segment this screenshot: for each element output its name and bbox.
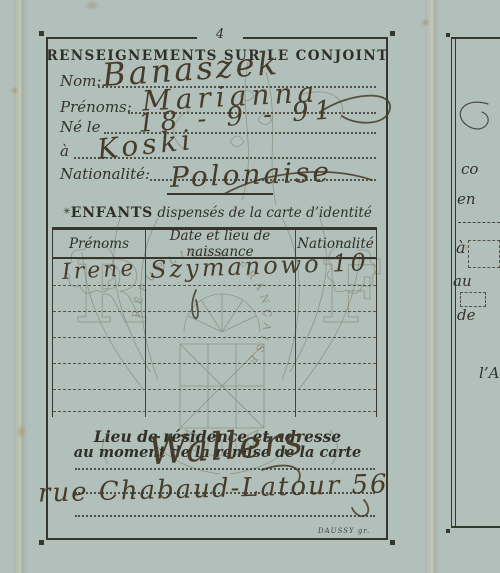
paper-stain <box>84 0 100 11</box>
scanned-document: { "document": { "page_number": "4", "tit… <box>0 0 500 573</box>
children-section-heading: ✳ENFANTS dispensés de la carte d’identit… <box>46 202 389 221</box>
table-row-line <box>53 285 376 286</box>
table-row-line <box>53 363 376 364</box>
heading-ornament-icon: ✳ <box>63 207 71 217</box>
frame-corner-mark <box>39 540 44 545</box>
fold-crease-right <box>425 0 440 573</box>
frame-corner-mark <box>390 540 395 545</box>
paper-stain <box>10 86 19 95</box>
paper-stain <box>16 424 26 439</box>
identity-card-page: R F RÉPUBLIQUE FRANÇAISE 4 RENSEIGNEMENT… <box>0 0 500 573</box>
dotted-writing-line <box>75 515 375 517</box>
adjacent-text-fragment: à <box>456 238 466 257</box>
field-label-prenoms: Prénoms: <box>60 98 132 116</box>
field-label-ne-le: Né le <box>60 118 100 136</box>
frame-corner-mark <box>39 31 44 36</box>
column-header-prenoms: Prénoms <box>53 230 145 257</box>
adjacent-page-border-bottom <box>451 526 500 528</box>
adjacent-dashed-box <box>468 240 500 268</box>
section-divider-rule <box>167 193 273 195</box>
handwritten-child-prenom: Irene <box>61 256 137 285</box>
frame-corner-mark <box>446 529 450 533</box>
page-number: 4 <box>197 27 243 42</box>
field-label-nom: Nom: <box>60 72 101 90</box>
engraver-credit: DAUSSY gr. <box>318 527 370 535</box>
table-row-line <box>53 337 376 338</box>
adjacent-text-fragment: de <box>457 306 475 324</box>
adjacent-dashed-box <box>460 292 486 307</box>
handwritten-nationalite: Polonaise <box>169 155 332 194</box>
table-row-line <box>53 389 376 390</box>
adjacent-page-border-top <box>451 37 500 39</box>
adjacent-text-fragment: en <box>457 190 476 208</box>
frame-corner-mark <box>390 31 395 36</box>
fold-crease-left <box>14 0 28 573</box>
table-row-line <box>53 411 376 412</box>
frame-corner-mark <box>446 33 450 37</box>
field-label-nationalite: Nationalité: <box>60 165 150 183</box>
children-heading-rest: dispensés de la carte d’identité <box>153 205 372 221</box>
dotted-writing-line <box>75 468 375 470</box>
adjacent-dashed-line <box>458 222 500 223</box>
adjacent-text-fragment: au <box>453 272 472 290</box>
paper-stain <box>420 18 431 27</box>
table-row-line <box>53 311 376 312</box>
children-heading-emphasis: ENFANTS <box>71 205 153 221</box>
field-label-a: à <box>60 142 69 160</box>
adjacent-text-fragment: l’A <box>479 364 499 382</box>
adjacent-text-fragment: co <box>461 160 478 178</box>
